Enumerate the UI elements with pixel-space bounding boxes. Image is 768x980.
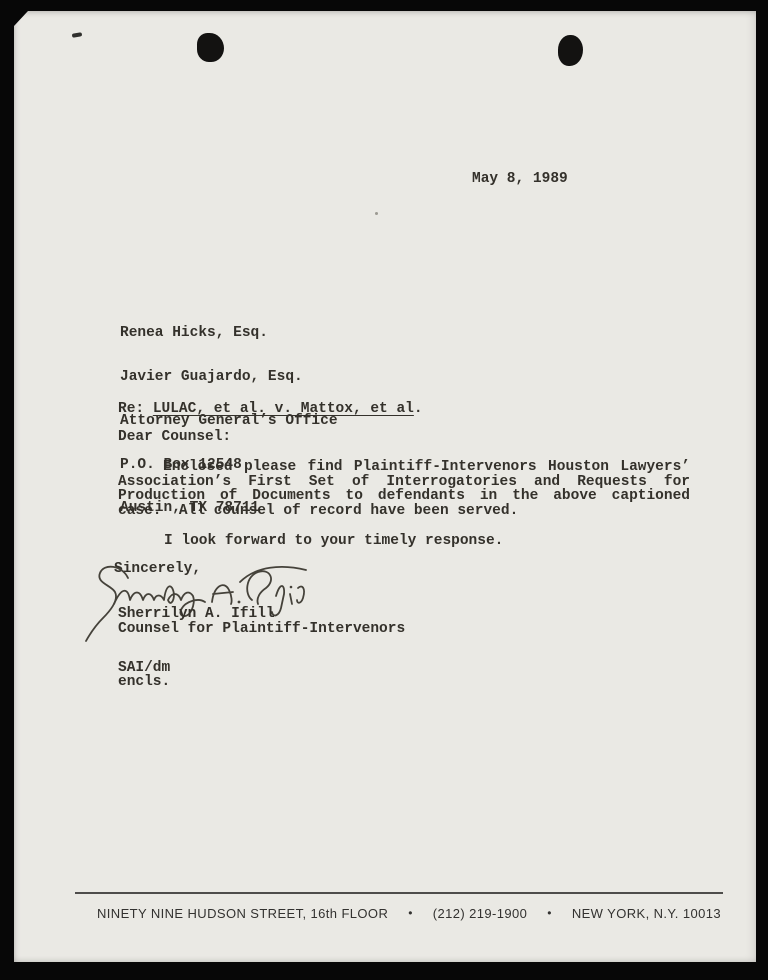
body-line: Enclosed please find Plaintiff-Interveno… (118, 460, 690, 475)
body-line: Production of Documents to defendants in… (118, 489, 690, 504)
subject-line: Re: LULAC, et al. v. Mattox, et al. (118, 402, 423, 417)
re-label: Re: (118, 401, 153, 417)
punch-hole-icon (197, 33, 224, 62)
recipient-name: Renea Hicks, Esq. (120, 326, 338, 341)
bullet-separator-icon: • (547, 906, 552, 920)
recipient-name: Javier Guajardo, Esq. (120, 370, 338, 385)
footer-city: NEW YORK, N.Y. 10013 (572, 906, 721, 921)
body-line: Association’s First Set of Interrogatori… (118, 475, 690, 490)
bullet-separator-icon: • (408, 906, 413, 920)
footer-address: NINETY NINE HUDSON STREET, 16th FLOOR (97, 906, 388, 921)
body-paragraph-1: Enclosed please find Plaintiff-Interveno… (118, 460, 690, 518)
body-line: case. All counsel of record have been se… (118, 504, 690, 519)
signature-stroke (247, 571, 271, 604)
letterhead-footer: NINETY NINE HUDSON STREET, 16th FLOOR • … (75, 906, 723, 921)
letter-date: May 8, 1989 (472, 172, 568, 187)
letter-page: May 8, 1989 Renea Hicks, Esq. Javier Gua… (14, 11, 756, 962)
signer-name: Sherrilyn A. Ifill (118, 607, 275, 622)
salutation: Dear Counsel: (118, 430, 231, 445)
footer-divider (75, 892, 723, 894)
ink-speck (72, 32, 83, 38)
footer-phone: (212) 219-1900 (433, 906, 528, 921)
re-period: . (414, 401, 423, 417)
signer-title: Counsel for Plaintiff-Intervenors (118, 622, 405, 637)
punch-hole-icon (558, 35, 583, 66)
body-paragraph-2: I look forward to your timely response. (118, 534, 503, 549)
signature-stroke (212, 585, 233, 604)
dust-dot (375, 212, 378, 215)
signature-stroke (290, 586, 304, 604)
enclosure-note: encls. (118, 675, 170, 690)
case-citation: LULAC, et al. v. Mattox, et al (153, 401, 414, 417)
signature-dot (290, 586, 293, 589)
signature-dot (238, 601, 241, 604)
